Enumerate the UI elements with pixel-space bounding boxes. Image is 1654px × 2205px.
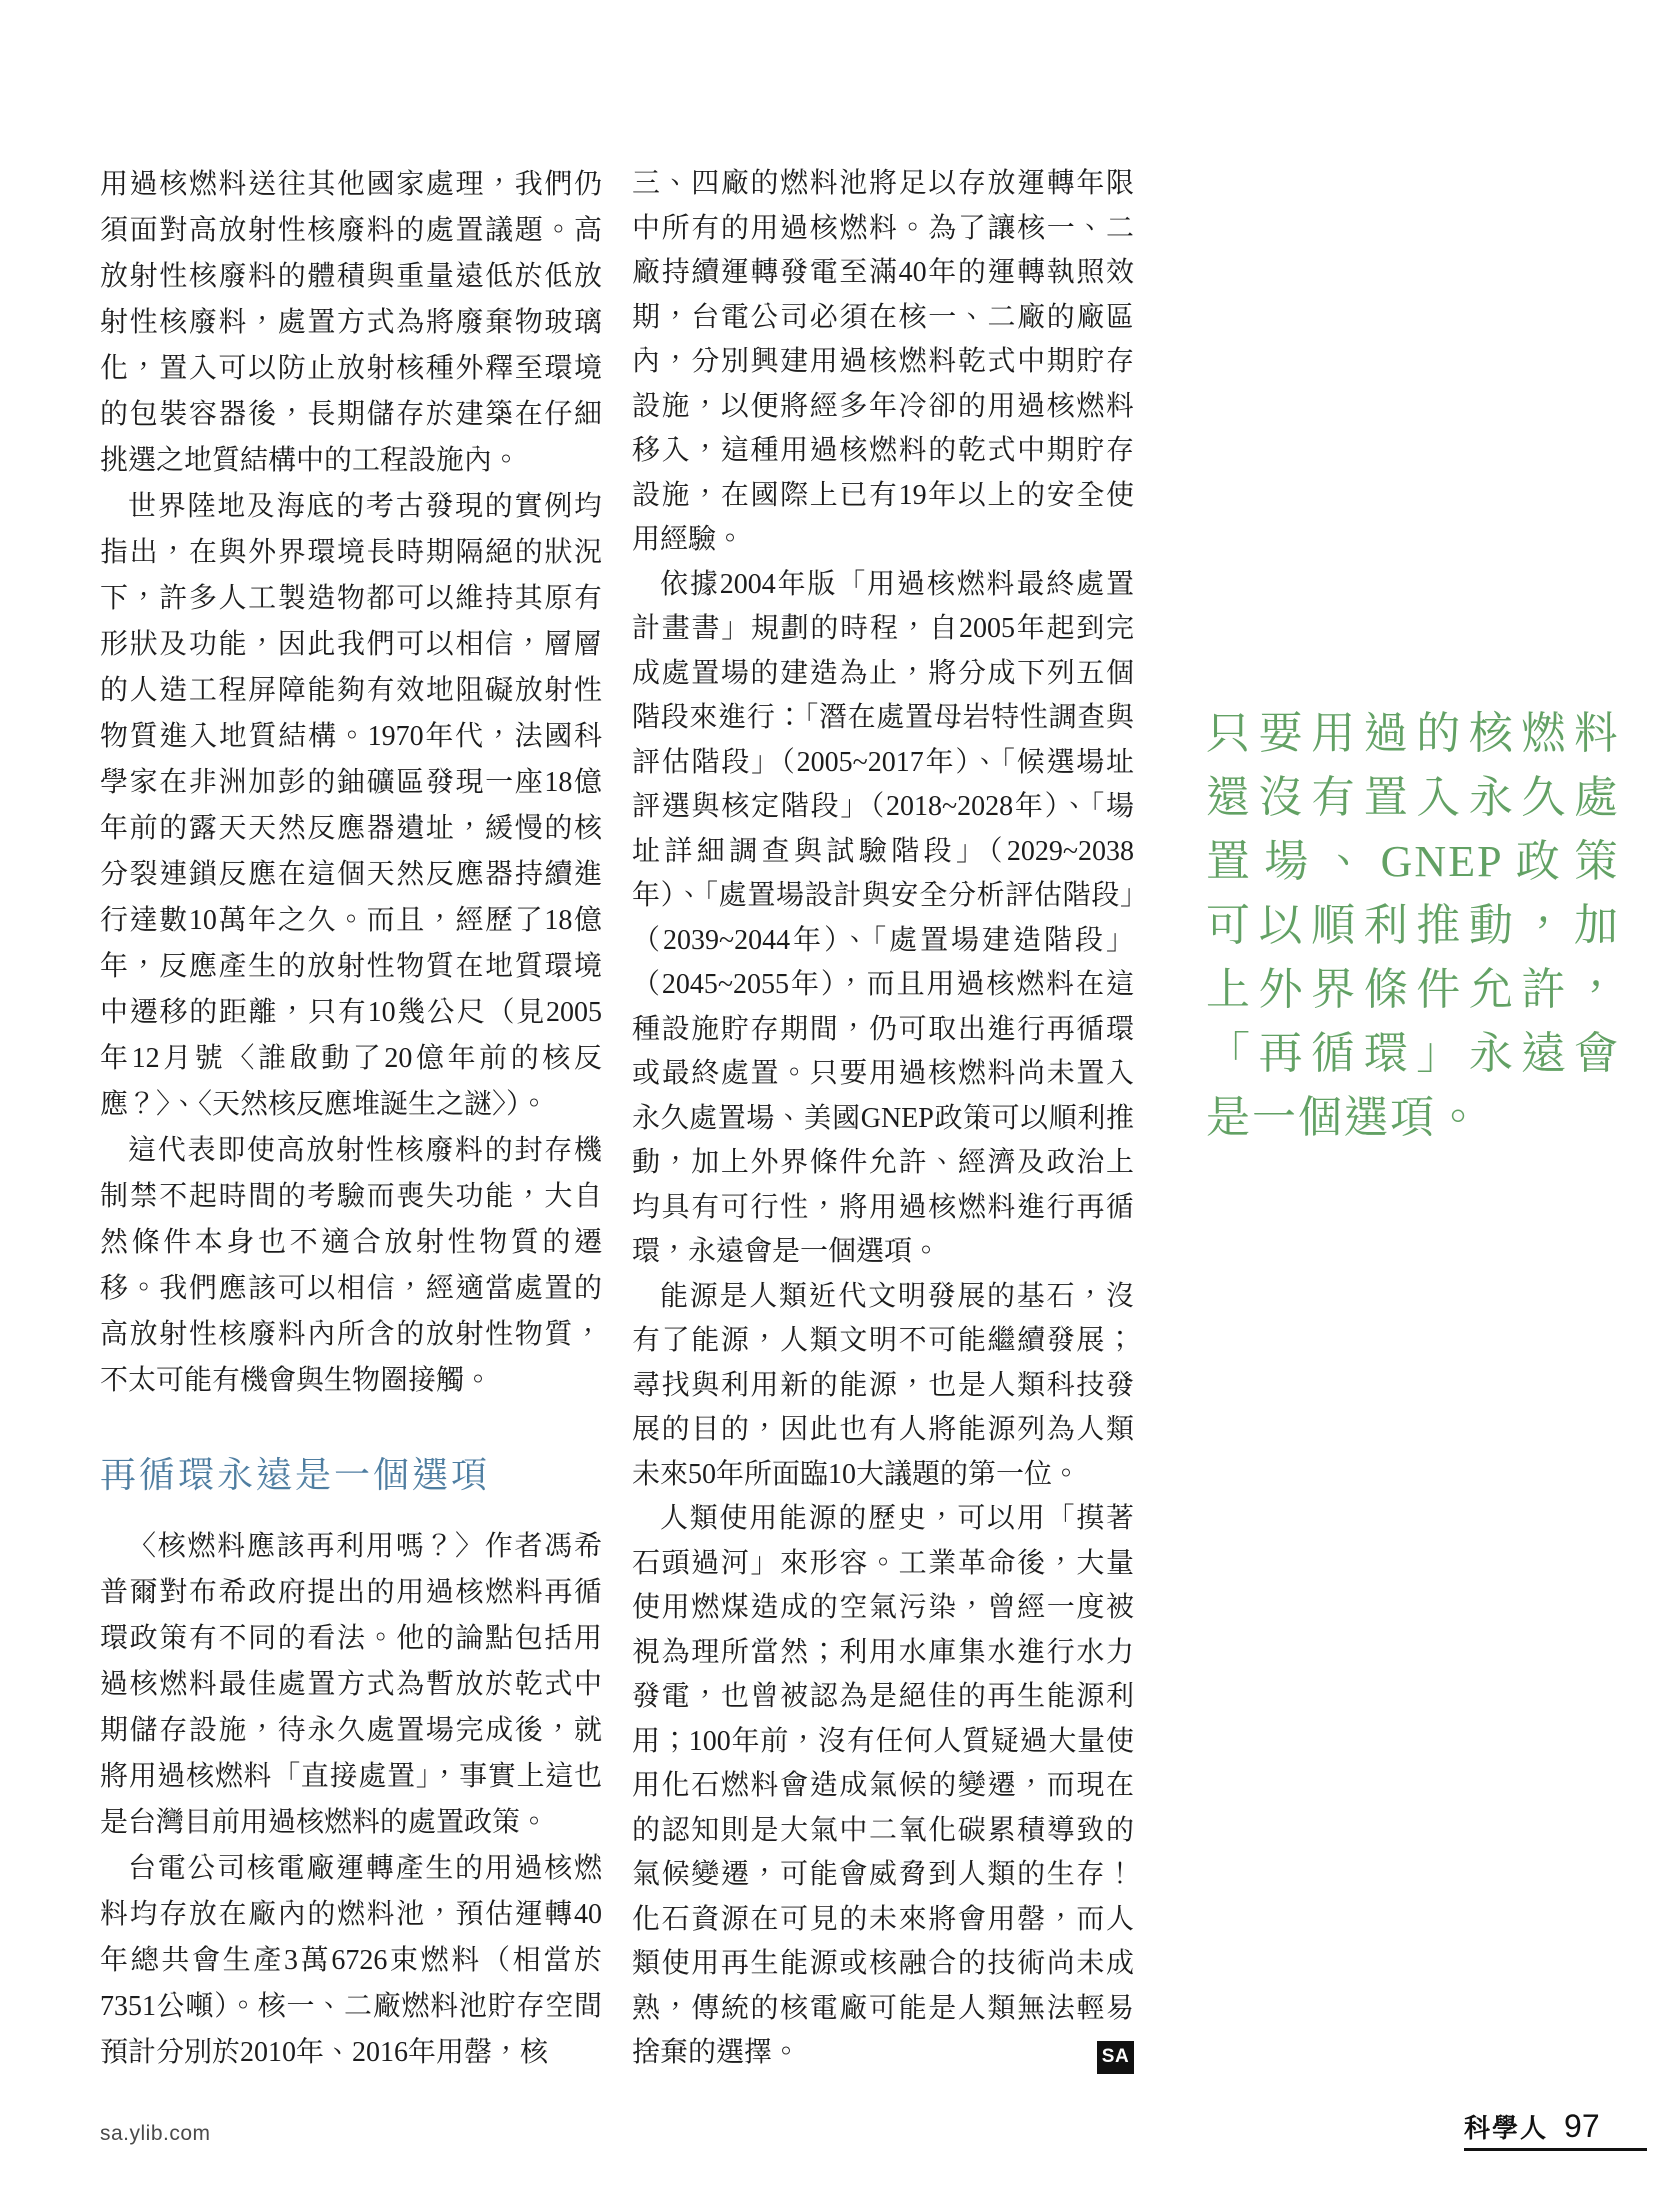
paragraph: 〈核燃料應該再利用嗎？〉作者馮希普爾對布希政府提出的用過核燃料再循環政策有不同的… [100, 1524, 602, 1846]
paragraph: 用過核燃料送往其他國家處理，我們仍須面對高放射性核廢料的處置議題。高放射性核廢料… [100, 162, 602, 484]
magazine-name: 科學人 [1464, 2114, 1548, 2143]
middle-column: 三、四廠的燃料池將足以存放運轉年限中所有的用過核燃料。為了讓核一、二廠持續運轉發… [632, 162, 1134, 2076]
left-column: 用過核燃料送往其他國家處理，我們仍須面對高放射性核廢料的處置議題。高放射性核廢料… [100, 162, 602, 2076]
footer-rule [1464, 2148, 1647, 2151]
section-heading: 再循環永遠是一個選項 [100, 1454, 602, 1496]
paragraph: 這代表即使高放射性核廢料的封存機制禁不起時間的考驗而喪失功能，大自然條件本身也不… [100, 1128, 602, 1404]
paragraph: 三、四廠的燃料池將足以存放運轉年限中所有的用過核燃料。為了讓核一、二廠持續運轉發… [632, 162, 1134, 563]
paragraph: 依據2004年版「用過核燃料最終處置計畫書」規劃的時程，自2005年起到完成處置… [632, 563, 1134, 1275]
pull-quote-line: 「再循環」永遠會 [1206, 1022, 1620, 1086]
pull-quote-line: 只要用過的核燃料 [1206, 702, 1620, 766]
paragraph: 能源是人類近代文明發展的基石，沒有了能源，人類文明不可能繼續發展；尋找與利用新的… [632, 1275, 1134, 1498]
footer-site-url: sa.ylib.com [100, 2122, 211, 2146]
page-number: 97 [1564, 2108, 1600, 2144]
pull-quote-line: 上外界條件允許， [1206, 958, 1620, 1022]
paragraph: 世界陸地及海底的考古發現的實例均指出，在與外界環境長時期隔絕的狀況下，許多人工製… [100, 484, 602, 1128]
pull-quote-line: 還沒有置入永久處 [1206, 766, 1620, 830]
pull-quote-line: 是一個選項。 [1206, 1086, 1620, 1150]
paragraph: 人類使用能源的歷史，可以用「摸著石頭過河」來形容。工業革命後，大量使用燃煤造成的… [632, 1497, 1134, 2076]
article-end-sa-badge: SA [1097, 2041, 1134, 2074]
paragraph: 台電公司核電廠運轉產生的用過核燃料均存放在廠內的燃料池，預估運轉40年總共會生產… [100, 1846, 602, 2076]
pull-quote: 只要用過的核燃料 還沒有置入永久處 置場、GNEP政策 可以順利推動，加 上外界… [1206, 702, 1620, 1150]
pull-quote-line: 置場、GNEP政策 [1206, 830, 1620, 894]
pull-quote-line: 可以順利推動，加 [1206, 894, 1620, 958]
footer-page-info: 科學人97 [1464, 2108, 1647, 2145]
magazine-page: 用過核燃料送往其他國家處理，我們仍須面對高放射性核廢料的處置議題。高放射性核廢料… [0, 0, 1654, 2205]
